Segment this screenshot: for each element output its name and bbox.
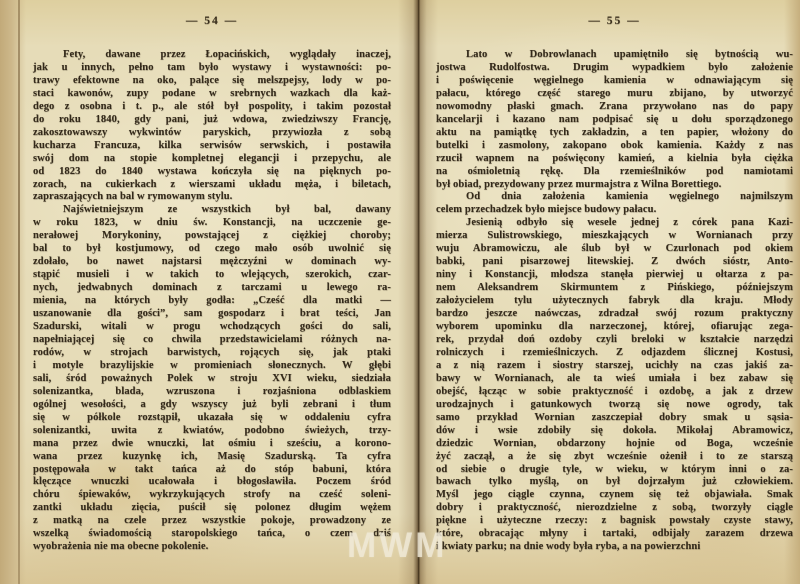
text-line: postępowała w takt tańca aż do stóp babu… bbox=[33, 464, 391, 477]
text-line: żyć zaczął, a że się zbyt wcześnie ożeni… bbox=[436, 451, 793, 464]
text-line: był obiad, prezydowany przez murmajstra … bbox=[436, 179, 793, 192]
text-line: wszelką świadomością staropolskiego tańc… bbox=[33, 528, 391, 541]
text-line: niny i Konstancji, młodsza stanęła pierw… bbox=[436, 269, 793, 282]
text-line: i motyle brazylijskie w promieniach słon… bbox=[33, 360, 391, 373]
text-line: napełniającej się co chwila przedstawici… bbox=[33, 334, 391, 347]
text-line: swój dom na stopie kompletnej elegancji … bbox=[33, 153, 391, 166]
left-page-edge-shadow bbox=[0, 0, 26, 584]
text-line: samo przykład Wornian zaszczepiał dobry … bbox=[436, 412, 793, 425]
text-line: bawy w Wornianach, ale ta wieś umiała i … bbox=[436, 373, 793, 386]
text-line: nych, jedwabnych dominach z tarczami u l… bbox=[33, 282, 391, 295]
text-line: Myśl jego ciągle czynna, czynem się też … bbox=[436, 489, 793, 502]
text-line: kucharza Francuza, kilka serwisów serwsk… bbox=[33, 140, 391, 153]
text-line: rodów, w strojach barwistych, rojących s… bbox=[33, 347, 391, 360]
text-line: sali, śród poważnych Polek w stroju XVI … bbox=[33, 373, 391, 386]
text-line: pałacu, którego część starego muru zbija… bbox=[436, 88, 793, 101]
text-line: nowomodny płaski gmach. Zrana przywołano… bbox=[436, 101, 793, 114]
book-scan: — 54 — Fety, dawane przez Łopacińskich, … bbox=[0, 0, 800, 584]
text-line: nerałowej Morykoniny, powstającej z cięż… bbox=[33, 230, 391, 243]
text-line: a z nią razem i siostry starszej, ucichł… bbox=[436, 360, 793, 373]
text-line: bal to był kostjumowy, od czego mało osó… bbox=[33, 243, 391, 256]
text-line: Od dnia założenia kamienia węgielnego na… bbox=[436, 191, 793, 204]
text-line: Fety, dawane przez Łopacińskich, wygląda… bbox=[33, 49, 391, 62]
text-line: dego z osobna i t. p., ale stół był posp… bbox=[33, 101, 391, 114]
text-line: zorach, na cukierkach z wierszami układu… bbox=[33, 179, 391, 192]
text-line: z matką na czele przez wszystkie pokoje,… bbox=[33, 515, 391, 528]
text-line: celem przechadzek było miejsce budowy pa… bbox=[436, 204, 793, 217]
text-line: w roku 1823, w dniu św. Konstancji, na u… bbox=[33, 217, 391, 230]
page-body-left: Fety, dawane przez Łopacińskich, wygląda… bbox=[33, 49, 391, 554]
text-line: Szadurski, witali w progu wchodzących go… bbox=[33, 321, 391, 334]
text-line: Jesienią odbyło się wesele jednej z córe… bbox=[436, 217, 793, 230]
text-line: klęczące wnuczki ucałowała i błogosławił… bbox=[33, 476, 391, 489]
text-line: rzucił wapnem na poświęcony kamień, a ki… bbox=[436, 153, 793, 166]
page-number-right: — 55 — bbox=[436, 14, 793, 28]
text-line: obejść, łącząc w sobie praktyczność i oz… bbox=[436, 386, 793, 399]
text-line: wana przez kuzynkę ich, Masię Szadurską.… bbox=[33, 451, 391, 464]
text-line: zdołało, bo nawet najstarsi mężczyźni w … bbox=[33, 256, 391, 269]
text-line: i poświęcenie węgielnego kamienia w odna… bbox=[436, 75, 793, 88]
text-line: wyobrażenia nie ma obecne pokolenie. bbox=[33, 541, 391, 554]
page-number-left: — 54 — bbox=[33, 14, 391, 28]
text-line: na ośmioletnią rękę. Dla rzemieślników p… bbox=[436, 166, 793, 179]
text-line: i kwiaty parku; na dnie wody była ryba, … bbox=[436, 541, 793, 554]
text-line: piękne i użyteczne rzeczy: z bagnisk pow… bbox=[436, 515, 793, 528]
book-gutter-shadow bbox=[398, 0, 438, 584]
text-line: bawach tylko myślą, on był dojrzałym już… bbox=[436, 476, 793, 489]
text-line: staci kawonów, zupy podane w srebrnych w… bbox=[33, 88, 391, 101]
text-line: wuju Abramowiczu, ale ślub był w Czurlon… bbox=[436, 243, 793, 256]
text-line: od siebie o drugie tyle, w wieku, w któr… bbox=[436, 464, 793, 477]
text-line: mienia, na których były godła: „Cześć dl… bbox=[33, 295, 391, 308]
text-line: butelki i zasmolony, zakopano obok kamie… bbox=[436, 140, 793, 153]
text-line: od 1823 do 1840 wystawa kończyła się na … bbox=[33, 166, 391, 179]
text-line: zakosztowawszy wykwintów paryskich, przy… bbox=[33, 127, 391, 140]
text-line: babki, pani pisarzowej litewskiej. Z dwó… bbox=[436, 256, 793, 269]
text-line: dobry i praktyczność, nierozdzielne z so… bbox=[436, 502, 793, 515]
text-line: które, obracając młyny i tartaki, odbija… bbox=[436, 528, 793, 541]
text-line: solenizantki, uwita z kwiatów, podobno ś… bbox=[33, 425, 391, 438]
text-line: kancelarji i kazano nam podpisać się u d… bbox=[436, 114, 793, 127]
text-line: zapraszających na bal w rymowanym stylu. bbox=[33, 191, 391, 204]
page-body-right: Lato w Dobrowlanach upamiętniło się bytn… bbox=[436, 49, 793, 554]
text-line: chóru śpiewaków, wykrzykujących strofy n… bbox=[33, 489, 391, 502]
left-page-edge-line bbox=[18, 0, 20, 584]
text-line: do roku 1840, gdy pani, już wdowa, zwied… bbox=[33, 114, 391, 127]
text-line: mana przez dwie wnuczki, lat ośmiu i sze… bbox=[33, 438, 391, 451]
text-line: aktu na pamiątkę tych zakładzin, a ten p… bbox=[436, 127, 793, 140]
text-line: Lato w Dobrowlanach upamiętniło się bytn… bbox=[436, 49, 793, 62]
text-line: zantki układu zięcia, puścił się polonez… bbox=[33, 502, 391, 515]
watermark: MWM bbox=[347, 528, 447, 564]
text-line: rolniczych i rzemieślniczych. Z odjazdem… bbox=[436, 347, 793, 360]
text-line: ogólnej wesołości, a gdy wszyscy już byl… bbox=[33, 399, 391, 412]
text-line: wyborem upominku dla narzeczonej, której… bbox=[436, 321, 793, 334]
text-line: rek, przydał doń ozdoby czyli breloki w … bbox=[436, 334, 793, 347]
text-line: założycielem tylu użytecznych fabryk dla… bbox=[436, 295, 793, 308]
text-line: jak u innych, pełno tam było wystawy i w… bbox=[33, 62, 391, 75]
text-line: solenizantka, blada, wzruszona i rozjaśn… bbox=[33, 386, 391, 399]
text-line: Najświetniejszym ze wszystkich był bal, … bbox=[33, 204, 391, 217]
page-55: — 55 — Lato w Dobrowlanach upamiętniło s… bbox=[436, 14, 793, 554]
text-line: bardzo jeszcze naówczas, zdradzał swój r… bbox=[436, 308, 793, 321]
text-line: trawy efektowne na oko, palące się melsz… bbox=[33, 75, 391, 88]
text-line: dów i wsie zdobiły się dokoła. Mikołaj A… bbox=[436, 425, 793, 438]
page-54: — 54 — Fety, dawane przez Łopacińskich, … bbox=[33, 14, 391, 554]
text-line: urodzajnych i gatunkowych tworzą się now… bbox=[436, 399, 793, 412]
text-line: nem Aleksandrem Skirmuntem z Pińskiego, … bbox=[436, 282, 793, 295]
text-line: się w półkole rozstąpił, ukazała się w o… bbox=[33, 412, 391, 425]
text-line: jostwa Rudolfostwa. Drugim wypadkiem był… bbox=[436, 62, 793, 75]
text-line: uszanowanie dla gości”, sam gospodarz i … bbox=[33, 308, 391, 321]
text-line: mierza Sulistrowskiego, mieszkających w … bbox=[436, 230, 793, 243]
text-line: dziedzic Wornian, obdarzony hojnie od Bo… bbox=[436, 438, 793, 451]
text-line: stąpić musieli i w takich to wlejących, … bbox=[33, 269, 391, 282]
